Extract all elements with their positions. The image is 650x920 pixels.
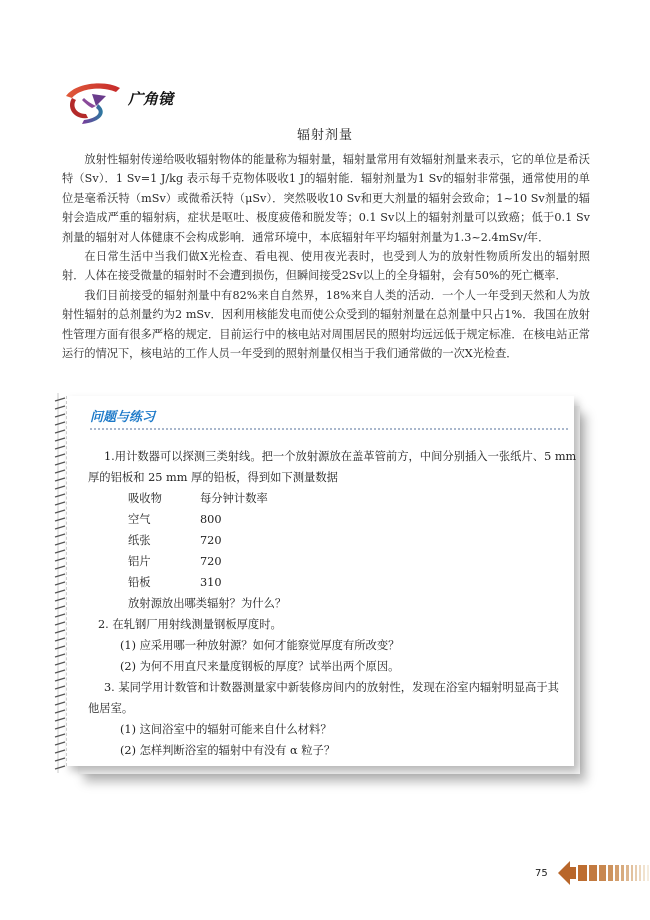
table-cell-count: 310 xyxy=(200,572,320,593)
table-cell-absorber: 铝片 xyxy=(128,551,200,572)
paragraph: 在日常生活中当我们做X光检查、看电视、使用夜光表时，也受到人为的放射性物质所发出… xyxy=(62,247,590,286)
table-cell-absorber: 空气 xyxy=(128,509,200,530)
question-1-line-1: 1.用计数器可以探测三类射线。把一个放射源放在盖革管前方，中间分别插入一张纸片、… xyxy=(88,446,576,467)
question-3-line-2: 他居室。 xyxy=(88,698,576,719)
table-cell-count: 720 xyxy=(200,530,320,551)
table-row: 纸张 720 xyxy=(88,530,576,551)
page-number: 75 xyxy=(535,868,548,879)
table-cell-count: 720 xyxy=(200,551,320,572)
table-cell-absorber: 铅板 xyxy=(128,572,200,593)
spiral-binding-icon xyxy=(54,393,70,773)
exercise-body: 1.用计数器可以探测三类射线。把一个放射源放在盖革管前方，中间分别插入一张纸片、… xyxy=(88,446,576,761)
swirl-arrows-icon xyxy=(62,78,132,128)
question-3-sub-1: (1) 这间浴室中的辐射可能来自什么材料？ xyxy=(88,719,576,740)
table-row: 铅板 310 xyxy=(88,572,576,593)
reading-body: 放射性辐射传递给吸收辐射物体的能量称为辐射量，辐射量常用有效辐射剂量来表示，它的… xyxy=(62,150,590,363)
data-table-header: 吸收物 每分钟计数率 xyxy=(88,488,576,509)
dotted-divider xyxy=(90,428,568,430)
logo-title: 广角镜 xyxy=(128,88,173,109)
question-3-sub-2: (2) 怎样判断浴室的辐射中有没有 α 粒子？ xyxy=(88,740,576,761)
question-2-sub-1: (1) 应采用哪一种放射源？如何才能察觉厚度有所改变？ xyxy=(88,635,576,656)
question-2: 2. 在轧钢厂用射线测量钢板厚度时。 xyxy=(88,614,576,635)
question-2-sub-2: (2) 为何不用直尺来量度钢板的厚度？试举出两个原因。 xyxy=(88,656,576,677)
table-header-count-rate: 每分钟计数率 xyxy=(200,488,320,509)
table-cell-count: 800 xyxy=(200,509,320,530)
paragraph: 我们目前接受的辐射剂量中有82%来自自然界，18%来自人类的活动．一个人一年受到… xyxy=(62,286,590,364)
question-3-line-1: 3. 某同学用计数管和计数器测量家中新装修房间内的放射性，发现在浴室内辐射明显高… xyxy=(88,677,576,698)
paragraph: 放射性辐射传递给吸收辐射物体的能量称为辐射量，辐射量常用有效辐射剂量来表示，它的… xyxy=(62,150,590,247)
exercise-header: 问题与练习 xyxy=(90,406,155,425)
left-arrow-icon xyxy=(558,860,650,886)
wide-angle-logo: 广角镜 xyxy=(62,78,202,128)
table-row: 铝片 720 xyxy=(88,551,576,572)
table-row: 空气 800 xyxy=(88,509,576,530)
table-cell-absorber: 纸张 xyxy=(128,530,200,551)
section-title: 辐射剂量 xyxy=(0,124,650,143)
question-1-line-2: 厚的铝板和 25 mm 厚的铅板，得到如下测量数据 xyxy=(88,467,576,488)
question-1-prompt: 放射源放出哪类辐射？为什么？ xyxy=(88,593,576,614)
table-header-absorber: 吸收物 xyxy=(128,488,200,509)
